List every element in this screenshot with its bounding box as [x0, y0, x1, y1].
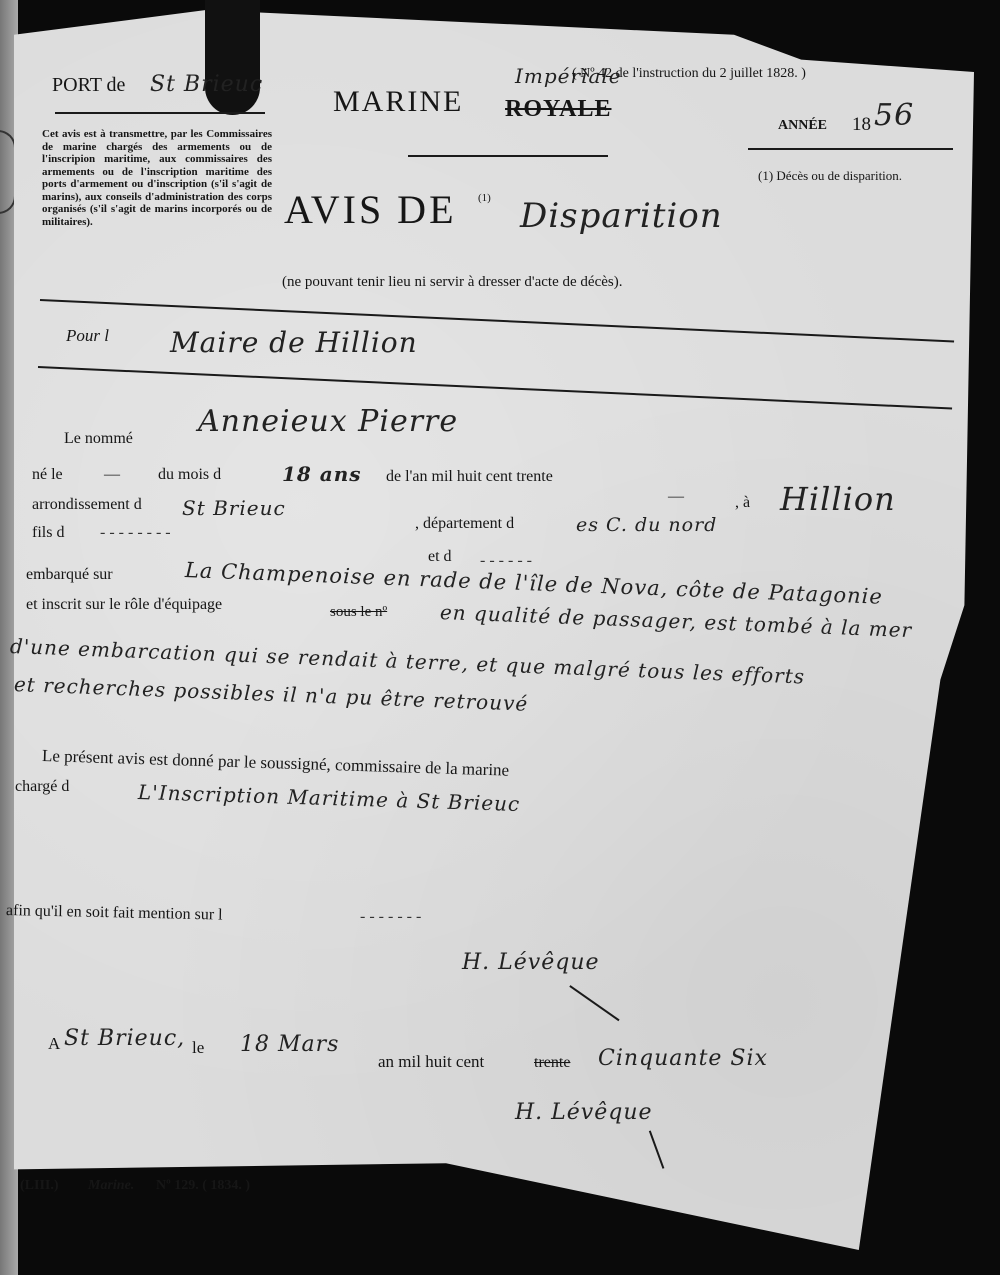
- transmit-note: Cet avis est à transmettre, par les Comm…: [42, 128, 272, 228]
- annee-printed: 18: [852, 114, 871, 136]
- form-ref-marine: Marine.: [88, 1178, 134, 1194]
- title-footnote-mark: (1): [478, 192, 491, 204]
- instruction-ref: ( Nº 42 de l'instruction du 2 juillet 18…: [572, 66, 806, 82]
- ink-stain: [205, 0, 260, 115]
- dateline-date: 18 Mars: [240, 1032, 339, 1057]
- arrond-value: St Brieuc: [182, 496, 286, 520]
- form-ref-roman: (LIII.): [20, 1178, 59, 1194]
- afin-value: - - - - - - -: [360, 908, 421, 926]
- marine-underline: [408, 155, 608, 157]
- form-ref-number: Nº 129. ( 1834. ): [156, 1178, 250, 1194]
- annee-handwritten: 56: [874, 98, 914, 133]
- a-value: Hillion: [780, 480, 896, 518]
- marine-label: MARINE: [333, 85, 463, 119]
- fils-value: - - - - - - - -: [100, 524, 171, 542]
- dept-label: , département d: [415, 515, 514, 533]
- marine-struck: ROYALE: [505, 96, 611, 123]
- charge-label: chargé d: [15, 778, 69, 796]
- title-printed: AVIS DE: [284, 186, 457, 233]
- nomme-value: Anneieux Pierre: [198, 404, 458, 439]
- port-value: St Brieuc: [150, 72, 263, 97]
- nomme-label: Le nommé: [64, 430, 133, 448]
- et-value: - - - - - -: [480, 552, 532, 570]
- et-label: et d: [428, 548, 452, 566]
- dateline-place: St Brieuc,: [64, 1026, 185, 1051]
- dateline-a-label: A: [48, 1034, 60, 1054]
- embarque-label: embarqué sur: [26, 566, 113, 584]
- recipient-value: Maire de Hillion: [170, 326, 418, 359]
- arrond-label: arrondissement d: [32, 496, 142, 514]
- dateline-an-value: Cinquante Six: [598, 1046, 768, 1071]
- footnote: (1) Décès ou de disparition.: [758, 168, 902, 184]
- an-value: —: [668, 488, 684, 506]
- a-label: , à: [735, 494, 750, 512]
- dateline-le-label: le: [192, 1038, 204, 1058]
- mois-label: du mois d: [158, 466, 221, 484]
- dateline-an-struck: trente: [534, 1054, 570, 1072]
- mois-value: 18 ans: [282, 462, 362, 486]
- annee-label: ANNÉE: [778, 118, 827, 134]
- inscrit-label: et inscrit sur le rôle d'équipage: [26, 596, 222, 614]
- port-label: PORT de: [52, 74, 125, 97]
- title-handwritten: Disparition: [520, 196, 723, 236]
- ne-le-label: né le: [32, 466, 63, 484]
- annee-underline: [748, 148, 953, 150]
- signature-1: H. Lévêque: [462, 950, 600, 975]
- recipient-label: Pour l: [66, 326, 109, 346]
- subtitle: (ne pouvant tenir lieu ni servir à dress…: [282, 274, 622, 291]
- port-underline: [55, 112, 265, 114]
- dateline-an-label: an mil huit cent: [378, 1052, 484, 1072]
- inscrit-struck: sous le nº: [330, 604, 387, 621]
- dept-value: es C. du nord: [576, 514, 717, 536]
- seal-stamp: [0, 130, 16, 214]
- an-label: de l'an mil huit cent trente: [386, 468, 553, 486]
- fils-label: fils d: [32, 524, 64, 542]
- signature-2: H. Lévêque: [515, 1100, 653, 1125]
- ne-le-value: —: [104, 466, 120, 484]
